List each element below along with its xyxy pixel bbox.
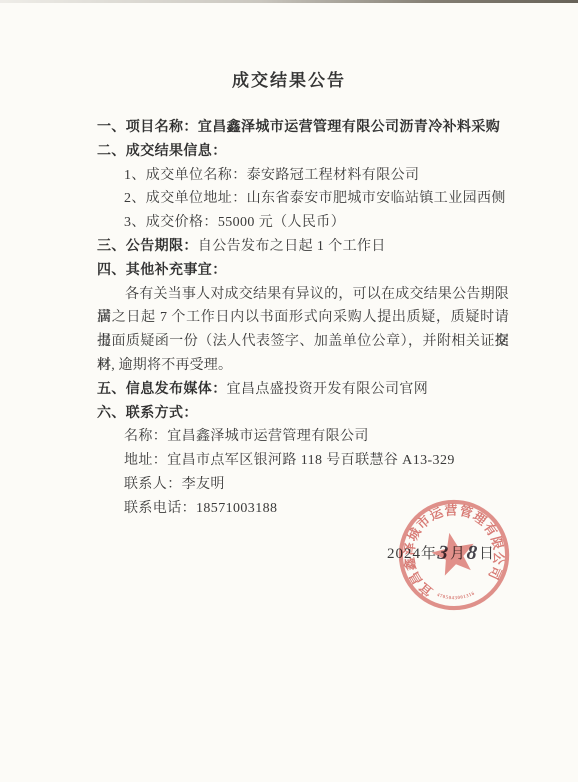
seal-serial-text: 4705043001316 bbox=[435, 585, 476, 605]
section-announcement-period-value: 自公告发布之日起 1 个工作日 bbox=[198, 239, 386, 254]
document-title: 成交结果公告 bbox=[0, 0, 578, 92]
contact-name-label: 名称： bbox=[124, 429, 167, 444]
section-other-matters: 四、其他补充事宜： bbox=[97, 259, 509, 283]
contact-address-value: 宜昌市点军区银河路 118 号百联慧谷 A13-329 bbox=[167, 453, 455, 468]
contact-phone-label: 联系电话： bbox=[124, 501, 196, 516]
section-contact-label: 六、联系方式： bbox=[97, 406, 198, 421]
item-winner-name-value: 泰安路冠工程材料有限公司 bbox=[247, 168, 420, 183]
contact-person-label: 联系人： bbox=[124, 477, 182, 492]
document-body: 一、项目名称：宜昌鑫泽城市运营管理有限公司沥青冷补料采购 二、成交结果信息： 1… bbox=[97, 116, 509, 521]
section-result-info: 二、成交结果信息： bbox=[97, 140, 509, 164]
section-media-label: 五、信息发布媒体： bbox=[97, 382, 227, 397]
item-winner-name: 1、成交单位名称：泰安路冠工程材料有限公司 bbox=[97, 164, 509, 188]
scan-edge-artifact bbox=[0, 0, 578, 3]
section-project-name-value: 宜昌鑫泽城市运营管理有限公司沥青冷补料采购 bbox=[198, 120, 500, 135]
objection-paragraph-line-4: 料, 逾期将不再受理。 bbox=[97, 354, 509, 378]
section-project-name: 一、项目名称：宜昌鑫泽城市运营管理有限公司沥青冷补料采购 bbox=[97, 116, 509, 140]
section-result-info-label: 二、成交结果信息： bbox=[97, 144, 227, 159]
document-page: 成交结果公告 一、项目名称：宜昌鑫泽城市运营管理有限公司沥青冷补料采购 二、成交… bbox=[0, 0, 578, 782]
seal-star-icon bbox=[428, 528, 479, 577]
contact-person: 联系人：李友明 bbox=[97, 473, 509, 497]
section-announcement-period-label: 三、公告期限： bbox=[97, 239, 198, 254]
item-price-label: 3、成交价格： bbox=[124, 215, 218, 230]
item-winner-address-value: 山东省泰安市肥城市安临站镇工业园西侧 bbox=[247, 191, 506, 206]
company-seal: 宜昌鑫泽城市运营管理有限公司 4705043001316 bbox=[395, 496, 513, 614]
item-winner-name-label: 1、成交单位名称： bbox=[124, 168, 247, 183]
section-other-matters-label: 四、其他补充事宜： bbox=[97, 263, 227, 278]
section-media-value: 宜昌点盛投资开发有限公司官网 bbox=[227, 382, 429, 397]
contact-person-value: 李友明 bbox=[182, 477, 225, 492]
section-contact: 六、联系方式： bbox=[97, 402, 509, 426]
item-price-value: 55000 元（人民币） bbox=[218, 215, 345, 230]
objection-paragraph-line-2: 满之日起 7 个工作日内以书面形式向采购人提出质疑，质疑时请提交 bbox=[97, 306, 509, 330]
contact-phone-value: 18571003188 bbox=[196, 501, 277, 516]
contact-name: 名称：宜昌鑫泽城市运营管理有限公司 bbox=[97, 425, 509, 449]
section-media: 五、信息发布媒体：宜昌点盛投资开发有限公司官网 bbox=[97, 378, 509, 402]
item-winner-address: 2、成交单位地址：山东省泰安市肥城市安临站镇工业园西侧 bbox=[97, 187, 509, 211]
item-price: 3、成交价格：55000 元（人民币） bbox=[97, 211, 509, 235]
contact-address-label: 地址： bbox=[124, 453, 167, 468]
section-announcement-period: 三、公告期限：自公告发布之日起 1 个工作日 bbox=[97, 235, 509, 259]
section-project-name-label: 一、项目名称： bbox=[97, 120, 198, 135]
objection-paragraph-line-3: 书面质疑函一份（法人代表签字、加盖单位公章），并附相关证据材 bbox=[97, 330, 509, 354]
contact-address: 地址：宜昌市点军区银河路 118 号百联慧谷 A13-329 bbox=[97, 449, 509, 473]
contact-name-value: 宜昌鑫泽城市运营管理有限公司 bbox=[167, 429, 369, 444]
objection-paragraph-line-1: 各有关当事人对成交结果有异议的，可以在成交结果公告期限届 bbox=[97, 283, 509, 307]
item-winner-address-label: 2、成交单位地址： bbox=[124, 191, 247, 206]
company-seal-graphic: 宜昌鑫泽城市运营管理有限公司 4705043001316 bbox=[395, 496, 513, 614]
